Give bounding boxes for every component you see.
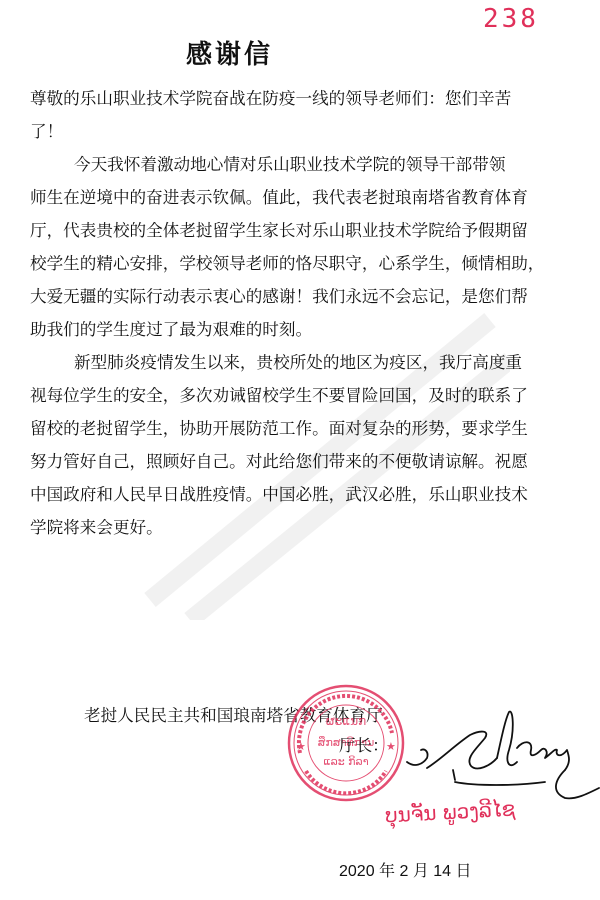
paragraph-line: 新型肺炎疫情发生以来，贵校所处的地区为疫区，我厅高度重 <box>30 346 552 379</box>
handwritten-signature <box>405 700 600 810</box>
letter-title: 感谢信 <box>0 34 600 71</box>
paragraph-line: 中国政府和人民早日战胜疫情。中国必胜，武汉必胜，乐山职业技术 <box>30 478 552 511</box>
letter-date: 2020 年 2 月 14 日 <box>339 858 472 881</box>
paragraph-line: 师生在逆境中的奋进表示钦佩。值此，我代表老挝琅南塔省教育体育 <box>30 181 552 214</box>
paragraph-line: 今天我怀着激动地心情对乐山职业技术学院的领导干部带领 <box>30 148 552 181</box>
stamp-text: ຜະແນກ <box>326 714 366 728</box>
page-number: 238 <box>483 4 539 34</box>
paragraph-line: 校学生的精心安排，学校领导老师的恪尽职守，心系学生，倾情相助， <box>30 247 552 280</box>
director-label: 厅长： <box>339 732 389 756</box>
paragraph-line: 助我们的学生度过了最为艰难的时刻。 <box>30 313 552 346</box>
salutation-line: 了！ <box>30 115 552 148</box>
paragraph-line: 视每位学生的安全，多次劝诫留校学生不要冒险回国，及时的联系了 <box>30 379 552 412</box>
paragraph-line: 大爱无疆的实际行动表示衷心的感谢！我们永远不会忘记，是您们帮 <box>30 280 552 313</box>
paragraph-line: 努力管好自己，照顾好自己。对此给您们带来的不便敬请谅解。祝愿 <box>30 445 552 478</box>
salutation-line: 尊敬的乐山职业技术学院奋战在防疫一线的领导老师们：您们辛苦 <box>30 82 552 115</box>
stamp-text: ແລະ ກິລາ <box>323 755 368 768</box>
paragraph-line: 学院将来会更好。 <box>30 511 552 544</box>
letter-body: 尊敬的乐山职业技术学院奋战在防疫一线的领导老师们：您们辛苦 了！ 今天我怀着激动… <box>30 82 552 544</box>
paragraph-line: 留校的老挝留学生，协助开展防范工作。面对复杂的形势，要求学生 <box>30 412 552 445</box>
svg-text:★: ★ <box>296 740 306 753</box>
paragraph-line: 厅，代表贵校的全体老挝留学生家长对乐山职业技术学院给予假期留 <box>30 214 552 247</box>
